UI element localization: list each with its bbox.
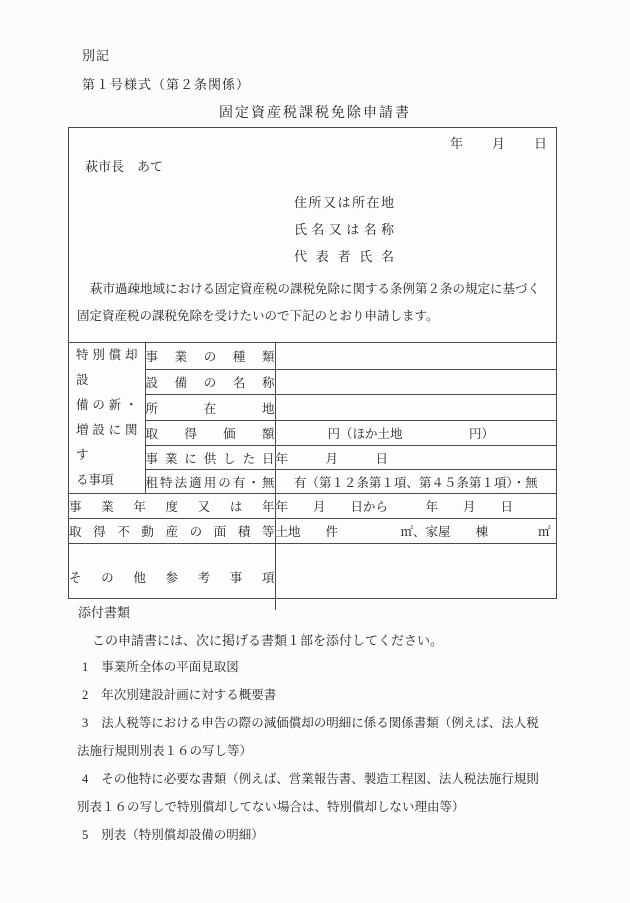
attachments-instruction: この申請書には、次に掲げる書類１部を添付してください。 (92, 630, 443, 649)
list-item-number: 1 (82, 660, 88, 674)
list-item-number: 4 (82, 772, 88, 786)
list-item: 4その他特に必要な書類（例えば、営業報告書、製造工程図、法人税法施行規則別表１６… (77, 765, 550, 821)
fiscal-year-value: 年 月 日から 年 月 日 (275, 494, 556, 519)
location-value (275, 395, 556, 421)
main-table: 特別償却設 備の新・ 増設に関す る事項 事業の種類 設備の名称 所在地 取得価… (69, 342, 556, 610)
acquired-property-area-label: 取得不動産の面積等 (69, 519, 275, 544)
addressee: 萩市長 あて (85, 156, 163, 175)
list-item-number: 5 (82, 828, 88, 842)
list-item: 3法人税等における申告の際の減価償却の明細に係る関係書類（例えば、法人税法施行規… (77, 709, 550, 765)
sotokuho-label: 租特法適用の有・無 (145, 470, 275, 494)
date-line: 年 月 日 (450, 133, 548, 152)
application-box: 年 月 日 萩市長 あて 住所又は所在地 氏名又は名称 代表者氏名 萩市過疎地域… (68, 127, 557, 599)
list-item: 1事業所全体の平面見取図 (77, 653, 550, 681)
applicant-address-label: 住所又は所在地 (294, 189, 394, 216)
location-label: 所在地 (145, 395, 275, 421)
applicant-name-label: 氏名又は名称 (294, 216, 394, 243)
list-item-number: 3 (82, 716, 88, 730)
note-top: 別記 (82, 45, 110, 64)
section-label-line: 備の新・ (69, 393, 145, 418)
other-remarks-value (275, 544, 556, 610)
list-item-text: 事業所全体の平面見取図 (101, 660, 239, 674)
acquisition-price-value: 円（ほか土地 円） (275, 421, 556, 446)
body-paragraph: 萩市過疎地域における固定資産税の課税免除に関する条例第２条の規定に基づく固定資産… (77, 276, 549, 330)
attachments-heading: 添付書類 (78, 602, 130, 621)
list-item-text: 年次別建設計画に対する概要書 (101, 688, 276, 702)
acquisition-price-label: 取得価額 (145, 421, 275, 446)
page-title: 固定資産税課税免除申請書 (0, 102, 630, 122)
section-label-line: る事項 (69, 468, 145, 493)
form-number: 第１号様式（第２条関係） (82, 74, 250, 93)
list-item-number: 2 (82, 688, 88, 702)
list-item-text: 法人税等における申告の際の減価償却の明細に係る関係書類（例えば、法人税法施行規則… (77, 716, 539, 758)
business-type-value (275, 343, 556, 370)
equipment-name-label: 設備の名称 (145, 369, 275, 395)
price-yen-label: 円（ほか土地 (328, 424, 403, 442)
service-date-value: 年 月 日 (275, 445, 556, 470)
business-type-label: 事業の種類 (145, 343, 275, 370)
list-item-text: 別表（特別償却設備の明細） (101, 828, 264, 842)
document-page: 別記 第１号様式（第２条関係） 固定資産税課税免除申請書 年 月 日 萩市長 あ… (0, 0, 630, 903)
section-label-line: 増設に関す (69, 418, 145, 468)
price-land-yen-label: 円） (469, 424, 494, 442)
list-item: 5別表（特別償却設備の明細） (77, 821, 550, 849)
section-label-line: 特別償却設 (69, 343, 145, 393)
fiscal-year-label: 事業年度又は年 (69, 494, 275, 519)
sotokuho-value: 有（第１２条第１項、第４５条第１項）・無 (275, 470, 556, 494)
acquired-property-area-value: 土地 件 ㎡、家屋 棟 ㎡ (275, 519, 556, 544)
equipment-name-value (275, 369, 556, 395)
service-date-label: 事業に供した日 (145, 445, 275, 470)
list-item-text: その他特に必要な書類（例えば、営業報告書、製造工程図、法人税法施行規則別表１６の… (77, 772, 539, 814)
attachments-list: 1事業所全体の平面見取図 2年次別建設計画に対する概要書 3法人税等における申告… (77, 653, 550, 849)
representative-name-label: 代表者氏名 (294, 243, 394, 270)
other-remarks-label: その他参考事項 (69, 544, 275, 610)
special-depreciation-section-label: 特別償却設 備の新・ 増設に関す る事項 (69, 343, 145, 494)
applicant-block: 住所又は所在地 氏名又は名称 代表者氏名 (294, 189, 394, 270)
list-item: 2年次別建設計画に対する概要書 (77, 681, 550, 709)
